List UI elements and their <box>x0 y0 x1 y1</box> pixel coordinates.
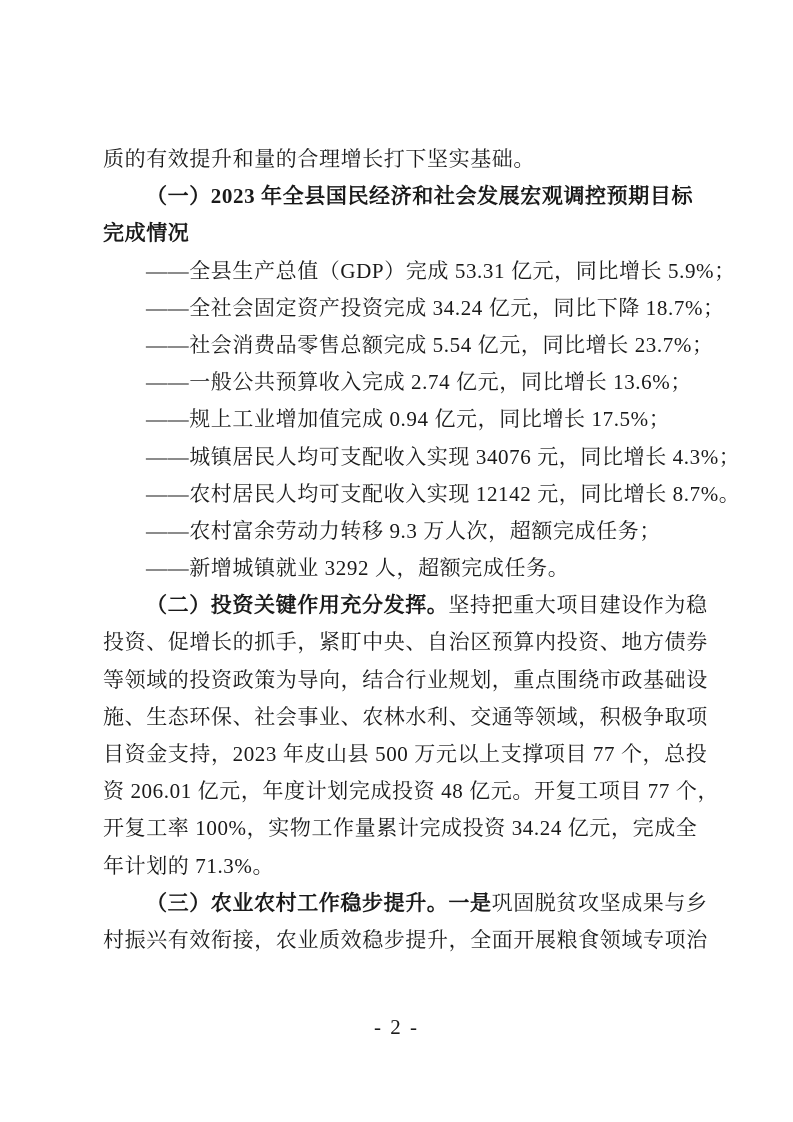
text-run: 坚持把重大项目建设作为稳 <box>448 593 707 617</box>
section-heading-line: （一）2023 年全县国民经济和社会发展宏观调控预期目标 <box>103 178 709 215</box>
text-run: 等领域的投资政策为导向，结合行业规划，重点围绕市政基础设 <box>103 668 708 692</box>
indicator-line: ——新增城镇就业 3292 人，超额完成任务。 <box>103 550 709 587</box>
text-line: 目资金支持，2023 年皮山县 500 万元以上支撑项目 77 个，总投 <box>103 736 709 773</box>
indicator-line: ——全社会固定资产投资完成 34.24 亿元，同比下降 18.7%； <box>103 290 709 327</box>
document-page: 质的有效提升和量的合理增长打下坚实基础。 （一）2023 年全县国民经济和社会发… <box>0 0 793 1122</box>
section-heading-line: 完成情况 <box>103 215 709 252</box>
text-run: ——全县生产总值（GDP）完成 53.31 亿元，同比增长 5.9%； <box>146 259 736 283</box>
text-run: 施、生态环保、社会事业、农林水利、交通等领域，积极争取项 <box>103 705 708 729</box>
text-run: ——新增城镇就业 3292 人，超额完成任务。 <box>146 556 569 580</box>
paragraph-lead-bold: （三）农业农村工作稳步提升。一是 <box>146 891 492 915</box>
text-run: ——规上工业增加值完成 0.94 亿元，同比增长 17.5%； <box>146 407 670 431</box>
text-run: 质的有效提升和量的合理增长打下坚实基础。 <box>103 147 535 171</box>
text-run: ——社会消费品零售总额完成 5.54 亿元，同比增长 23.7%； <box>146 333 714 357</box>
text-run: ——农村富余劳动力转移 9.3 万人次，超额完成任务； <box>146 519 661 543</box>
text-line: 投资、促增长的抓手，紧盯中央、自治区预算内投资、地方债券 <box>103 624 709 661</box>
indicator-line: ——农村富余劳动力转移 9.3 万人次，超额完成任务； <box>103 513 709 550</box>
text-line: 资 206.01 亿元，年度计划完成投资 48 亿元。开复工项目 77 个， <box>103 773 709 810</box>
indicator-line: ——社会消费品零售总额完成 5.54 亿元，同比增长 23.7%； <box>103 327 709 364</box>
text-line: 年计划的 71.3%。 <box>103 848 709 885</box>
text-line: 施、生态环保、社会事业、农林水利、交通等领域，积极争取项 <box>103 699 709 736</box>
indicator-line: ——一般公共预算收入完成 2.74 亿元，同比增长 13.6%； <box>103 364 709 401</box>
indicator-line: ——农村居民人均可支配收入实现 12142 元，同比增长 8.7%。 <box>103 476 709 513</box>
indicator-line: ——规上工业增加值完成 0.94 亿元，同比增长 17.5%； <box>103 401 709 438</box>
text-run: 投资、促增长的抓手，紧盯中央、自治区预算内投资、地方债券 <box>103 630 708 654</box>
text-line: 村振兴有效衔接，农业质效稳步提升，全面开展粮食领域专项治 <box>103 922 709 959</box>
text-run: ——城镇居民人均可支配收入实现 34076 元，同比增长 4.3%； <box>146 445 740 469</box>
text-run: 目资金支持，2023 年皮山县 500 万元以上支撑项目 77 个，总投 <box>103 742 707 766</box>
text-run: ——农村居民人均可支配收入实现 12142 元，同比增长 8.7%。 <box>146 482 740 506</box>
text-run: 年计划的 71.3%。 <box>103 854 274 878</box>
text-line: 质的有效提升和量的合理增长打下坚实基础。 <box>103 141 709 178</box>
text-line: 开复工率 100%，实物工作量累计完成投资 34.24 亿元，完成全 <box>103 810 709 847</box>
text-run: 资 206.01 亿元，年度计划完成投资 48 亿元。开复工项目 77 个， <box>103 779 719 803</box>
indicator-line: ——城镇居民人均可支配收入实现 34076 元，同比增长 4.3%； <box>103 439 709 476</box>
document-text-block: 质的有效提升和量的合理增长打下坚实基础。 （一）2023 年全县国民经济和社会发… <box>103 141 709 959</box>
paragraph-start-line: （三）农业农村工作稳步提升。一是巩固脱贫攻坚成果与乡 <box>103 885 709 922</box>
paragraph-lead-bold: （二）投资关键作用充分发挥。 <box>146 593 448 617</box>
paragraph-start-line: （二）投资关键作用充分发挥。坚持把重大项目建设作为稳 <box>103 587 709 624</box>
heading-run: （一）2023 年全县国民经济和社会发展宏观调控预期目标 <box>146 184 693 208</box>
text-run: 村振兴有效衔接，农业质效稳步提升，全面开展粮食领域专项治 <box>103 928 708 952</box>
heading-run: 完成情况 <box>103 221 189 245</box>
text-run: ——一般公共预算收入完成 2.74 亿元，同比增长 13.6%； <box>146 370 692 394</box>
text-run: ——全社会固定资产投资完成 34.24 亿元，同比下降 18.7%； <box>146 296 725 320</box>
text-line: 等领域的投资政策为导向，结合行业规划，重点围绕市政基础设 <box>103 662 709 699</box>
text-run: 巩固脱贫攻坚成果与乡 <box>492 891 708 915</box>
text-run: 开复工率 100%，实物工作量累计完成投资 34.24 亿元，完成全 <box>103 816 697 840</box>
page-number: - 2 - <box>0 1012 793 1042</box>
indicator-line: ——全县生产总值（GDP）完成 53.31 亿元，同比增长 5.9%； <box>103 253 709 290</box>
